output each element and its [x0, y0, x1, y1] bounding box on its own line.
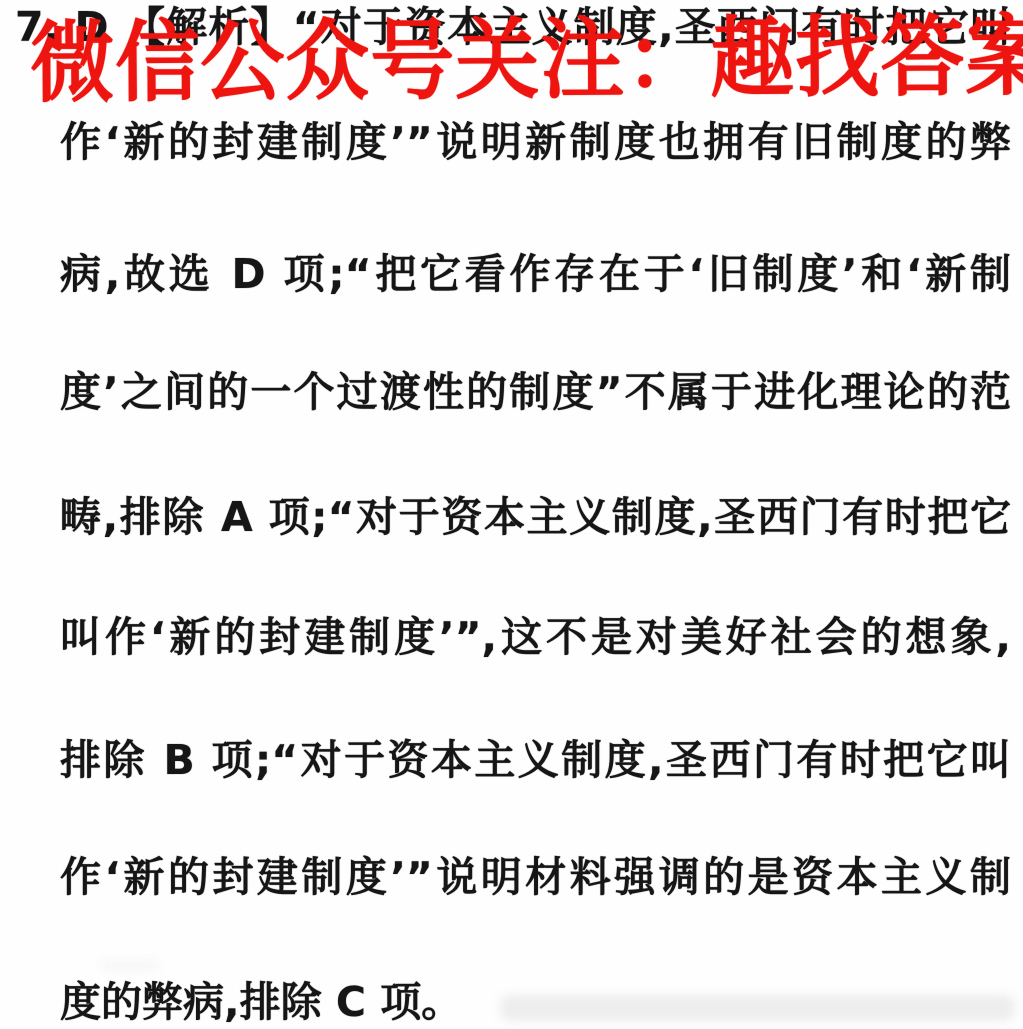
scan-artifact	[100, 960, 160, 970]
answer-explanation-line-6: 叫作‘新的封建制度’”,这不是对美好社会的想象,	[60, 612, 1011, 663]
answer-explanation-line-3: 病,故选 D 项;“把它看作存在于‘旧制度’和‘新制	[60, 249, 1011, 300]
watermark-text: 微信公众号关注：趣找答案	[30, 9, 1016, 111]
scan-artifact	[500, 995, 1015, 1021]
answer-explanation-line-8: 作‘新的封建制度’”说明材料强调的是资本主义制	[60, 852, 1011, 903]
answer-explanation-line-7: 排除 B 项;“对于资本主义制度,圣西门有时把它叫	[60, 735, 1011, 786]
answer-explanation-line-5: 畴,排除 A 项;“对于资本主义制度,圣西门有时把它	[60, 492, 1011, 543]
scanned-answer-page: 微信公众号关注：趣找答案 7. D 【解析】“对于资本主义制度,圣西门有时把它叫…	[0, 0, 1023, 1029]
answer-explanation-line-2: 作‘新的封建制度’”说明新制度也拥有旧制度的弊	[60, 117, 1011, 168]
answer-explanation-line-9: 度的弊病,排除 C 项。	[60, 977, 462, 1028]
answer-explanation-line-4: 度’之间的一个过渡性的制度”不属于进化理论的范	[60, 367, 1011, 418]
